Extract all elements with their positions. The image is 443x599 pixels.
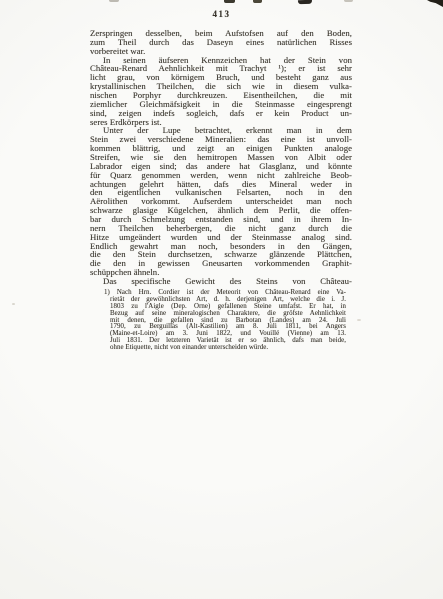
main-text-column: Zerspringen desselben, beim Aufstofsen a… (90, 29, 352, 286)
footnote-line: ohne Etiquette, nicht von einander unter… (104, 345, 346, 352)
scan-artifact-top-right-corner (427, 0, 443, 7)
scan-artifact-top-3 (253, 0, 262, 3)
scan-artifact-top-1 (109, 0, 119, 2)
page-number: 413 (0, 9, 443, 19)
scan-artifact-top-4 (298, 0, 312, 4)
text-line: Das specifische Gewicht des Steins von C… (90, 277, 352, 286)
scan-artifact-top-5 (344, 0, 353, 2)
footnote: 1) Nach Hrn. Cordier ist der Meteorit vo… (104, 290, 346, 352)
paper-speck-left (12, 303, 15, 305)
scan-artifact-top-2 (224, 0, 235, 3)
paper-speck-right (357, 319, 361, 321)
